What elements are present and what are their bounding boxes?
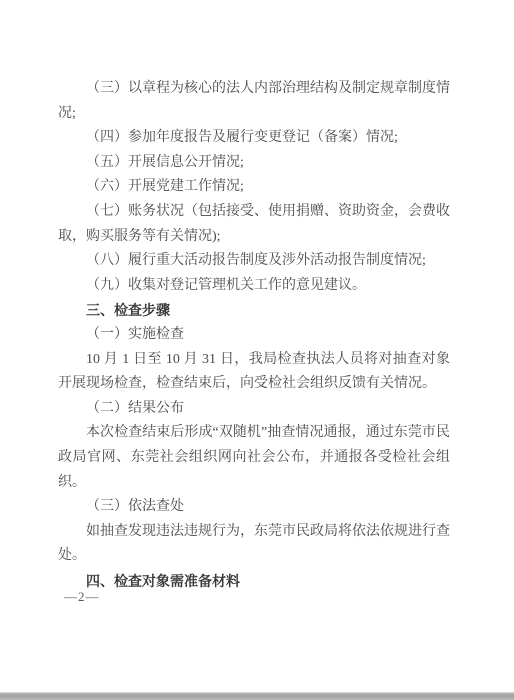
paragraph: 本次检查结束后形成“双随机”抽查情况通报，通过东莞市民政局官网、东莞社会组织网向…: [58, 421, 450, 495]
paragraph: 如抽查发现违法违规行为，东莞市民政局将依法依规进行查处。: [58, 520, 450, 569]
paragraph: （六）开展党建工作情况;: [58, 175, 450, 200]
document-body: （三）以章程为核心的法人内部治理结构及制定规章制度情况; （四）参加年度报告及履…: [58, 77, 450, 593]
paragraph: （四）参加年度报告及履行变更登记（备案）情况;: [58, 126, 450, 151]
section-heading: 三、检查步骤: [58, 298, 450, 323]
paragraph: （五）开展信息公开情况;: [58, 151, 450, 176]
document-page: （三）以章程为核心的法人内部治理结构及制定规章制度情况; （四）参加年度报告及履…: [0, 0, 514, 700]
paragraph: （八）履行重大活动报告制度及涉外活动报告制度情况;: [58, 249, 450, 274]
subsection-heading: （二）结果公布: [58, 397, 450, 422]
paragraph: （三）以章程为核心的法人内部治理结构及制定规章制度情况;: [58, 77, 450, 126]
subsection-heading: （三）依法查处: [58, 495, 450, 520]
page-bottom-edge: [0, 692, 514, 700]
section-heading: 四、检查对象需准备材料: [58, 569, 450, 594]
paragraph: 10 月 1 日至 10 月 31 日，我局检查执法人员将对抽查对象开展现场检查…: [58, 348, 450, 397]
page-number: —2—: [64, 589, 100, 605]
subsection-heading: （一）实施检查: [58, 323, 450, 348]
paragraph: （七）账务状况（包括接受、使用捐赠、资助资金，会费收取，购买服务等有关情况);: [58, 200, 450, 249]
paragraph: （九）收集对登记管理机关工作的意见建议。: [58, 274, 450, 299]
